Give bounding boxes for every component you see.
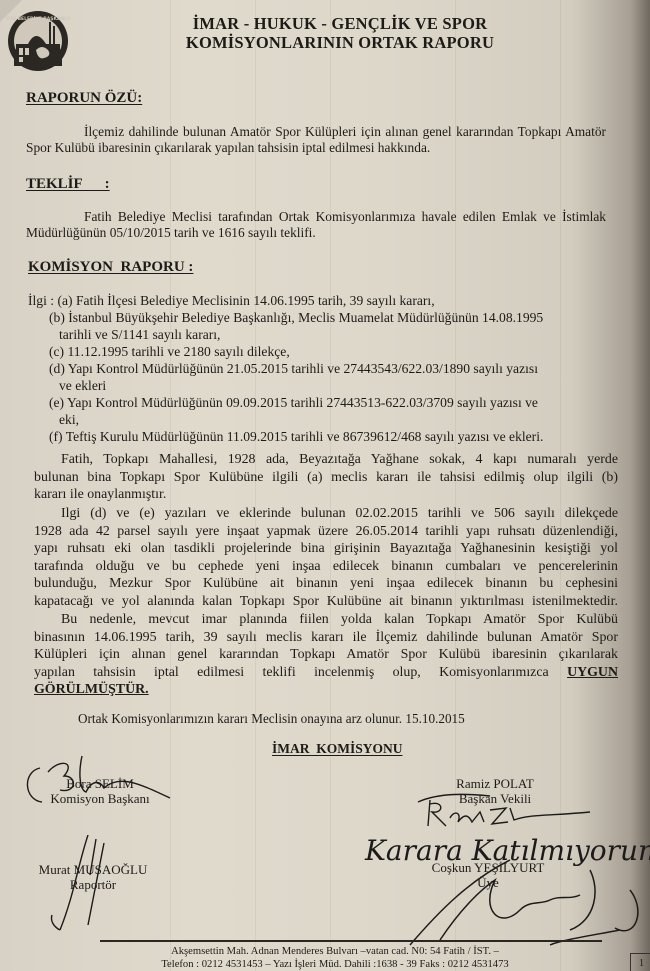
- signature-block-chair: Bora SELİM Komisyon Başkanı: [45, 776, 155, 806]
- member-name: Bora SELİM: [45, 776, 155, 791]
- signature-block-member: Coşkun YEŞİLYURT Üye: [418, 860, 558, 890]
- report-paragraph-3: Bu nedenle, mevcut imar planında fiilen …: [34, 611, 618, 699]
- footer-address: Akşemsettin Mah. Adnan Menderes Bulvarı …: [100, 945, 570, 958]
- footer-divider: [100, 940, 602, 942]
- signature-block-rapporteur: Murat MUSAOĞLU Raportör: [28, 862, 158, 892]
- report-paragraph-1: Fatih, Topkapı Mahallesi, 1928 ada, Beya…: [34, 451, 618, 504]
- signature-block-vice-chair: Ramiz POLAT Başkan Vekili: [440, 776, 550, 806]
- proposal-text: Fatih Belediye Meclisi tarafından Ortak …: [26, 209, 606, 241]
- member-name: Ramiz POLAT: [440, 776, 550, 791]
- commission-report-heading: KOMİSYON RAPORU :: [28, 259, 193, 276]
- member-role: Üye: [418, 875, 558, 890]
- summary-text: İlçemiz dahilinde bulunan Amatör Spor Kü…: [26, 124, 606, 156]
- title-line-1: İMAR - HUKUK - GENÇLİK VE SPOR: [30, 14, 650, 33]
- page-number: 1: [630, 953, 650, 971]
- reference-item-f: (f) Teftiş Kurulu Müdürlüğünün 11.09.201…: [28, 428, 618, 445]
- submission-note: Ortak Komisyonlarımızın kararı Meclisin …: [78, 711, 465, 727]
- reference-item-e: (e) Yapı Kontrol Müdürlüğünün 09.09.2015…: [28, 394, 618, 428]
- decision-approved-cont: GÖRÜLMÜŞTÜR.: [34, 682, 149, 697]
- report-title: İMAR - HUKUK - GENÇLİK VE SPOR KOMİSYONL…: [0, 14, 650, 52]
- member-name: Murat MUSAOĞLU: [28, 862, 158, 877]
- reference-item-b: (b) İstanbul Büyükşehir Belediye Başkanl…: [28, 309, 618, 343]
- member-role: Başkan Vekili: [440, 791, 550, 806]
- member-name: Coşkun YEŞİLYURT: [418, 860, 558, 875]
- decision-approved: UYGUN: [567, 665, 618, 680]
- summary-heading: RAPORUN ÖZÜ:: [26, 90, 142, 107]
- document-page: FATİH BELEDİYE BAŞKANLIĞI İMAR - HUKUK -…: [0, 0, 650, 971]
- references-list: İlgi : (a) Fatih İlçesi Belediye Meclisi…: [28, 292, 618, 445]
- reference-item-a: İlgi : (a) Fatih İlçesi Belediye Meclisi…: [28, 292, 618, 309]
- proposal-heading: TEKLİF :: [26, 176, 110, 193]
- title-line-2: KOMİSYONLARININ ORTAK RAPORU: [30, 33, 650, 52]
- reference-item-d: (d) Yapı Kontrol Müdürlüğünün 21.05.2015…: [28, 360, 618, 394]
- report-paragraph-2: Ilgi (d) ve (e) yazıları ve eklerinde bu…: [34, 505, 618, 611]
- member-role: Komisyon Başkanı: [45, 791, 155, 806]
- imar-commission-title: İMAR KOMİSYONU: [272, 741, 403, 757]
- footer-contact: Telefon : 0212 4531453 – Yazı İşleri Müd…: [100, 958, 570, 971]
- member-role: Raportör: [28, 877, 158, 892]
- reference-item-c: (c) 11.12.1995 tarihli ve 2180 sayılı di…: [28, 343, 618, 360]
